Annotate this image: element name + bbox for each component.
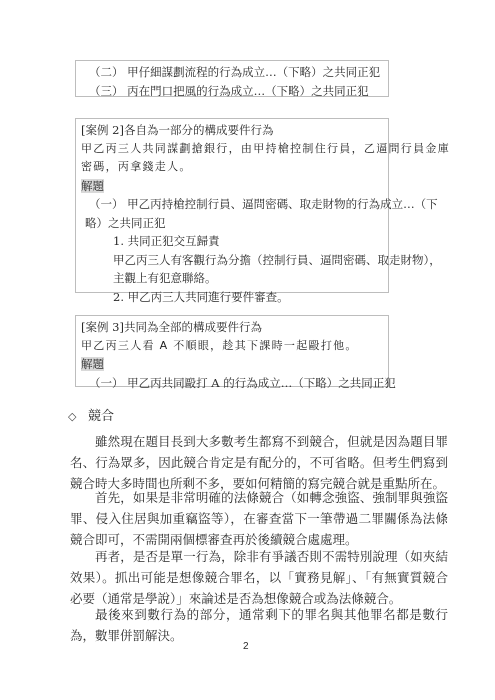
page-number: 2 (243, 641, 249, 652)
box1-line: （三） 丙在門口把風的行為成立…（下略）之共同正犯 (81, 82, 383, 101)
case2-sub1-text: 主觀上有犯意聯絡。 (81, 269, 383, 288)
case2-solution-label: 解題 (81, 179, 104, 193)
case2-sub1: 1. 共同正犯交互歸責 (81, 232, 383, 251)
case1-continuation-box: （二） 甲仔細謀劃流程的行為成立…（下略）之共同正犯 （三） 丙在門口把風的行為… (75, 60, 389, 97)
section-heading: ◇競合 (68, 408, 114, 426)
case3-box: [案例 3]共同為全部的構成要件行為 甲乙丙三人看 A 不順眼，趁其下課時一起毆… (75, 315, 389, 387)
case2-sub2: 2. 甲乙丙三人共同進行要件審查。 (81, 288, 383, 307)
case2-title: [案例 2]各自為一部分的構成要件行為 (81, 121, 383, 140)
case2-facts: 密碼，丙拿錢走人。 (81, 158, 383, 177)
paragraph: 雖然現在題目長到大多數考生都寫不到競合，但就是因為題目罪名、行為眾多，因此競合肯… (70, 431, 448, 494)
case3-item1: （一） 甲乙丙共同毆打 A 的行為成立…（下略）之共同正犯 (81, 374, 383, 393)
paragraph: 首先，如果是非常明確的法條競合（如轉念強盜、強制罪與強盜罪、侵入住居與加重竊盜等… (70, 487, 448, 550)
case2-item1: （一） 甲乙丙持槍控制行員、逼問密碼、取走財物的行為成立…（下 (81, 195, 383, 214)
paragraph: 再者，是否是單一行為，除非有爭議否則不需特別說理（如夾結效果）。抓出可能是想像競… (70, 546, 448, 609)
section-heading-text: 競合 (88, 409, 114, 424)
diamond-bullet-icon: ◇ (68, 408, 82, 426)
case2-facts: 甲乙丙三人共同謀劃搶銀行，由甲持槍控制住行員，乙逼問行員金庫 (81, 140, 383, 159)
box1-line: （二） 甲仔細謀劃流程的行為成立…（下略）之共同正犯 (81, 63, 383, 82)
case2-box: [案例 2]各自為一部分的構成要件行為 甲乙丙三人共同謀劃搶銀行，由甲持槍控制住… (75, 118, 389, 293)
case3-title: [案例 3]共同為全部的構成要件行為 (81, 318, 383, 337)
paragraph: 最後來到數行為的部分，通常剩下的罪名與其他罪名都是數行為，數罪併罰解決。 (70, 604, 448, 646)
case2-sub1-text: 甲乙丙三人有客觀行為分擔（控制行員、逼問密碼、取走財物）， (81, 251, 383, 270)
case3-facts: 甲乙丙三人看 A 不順眼，趁其下課時一起毆打他。 (81, 337, 383, 356)
case2-item1-cont: 略）之共同正犯 (81, 214, 383, 233)
case3-solution-label: 解題 (81, 357, 104, 371)
